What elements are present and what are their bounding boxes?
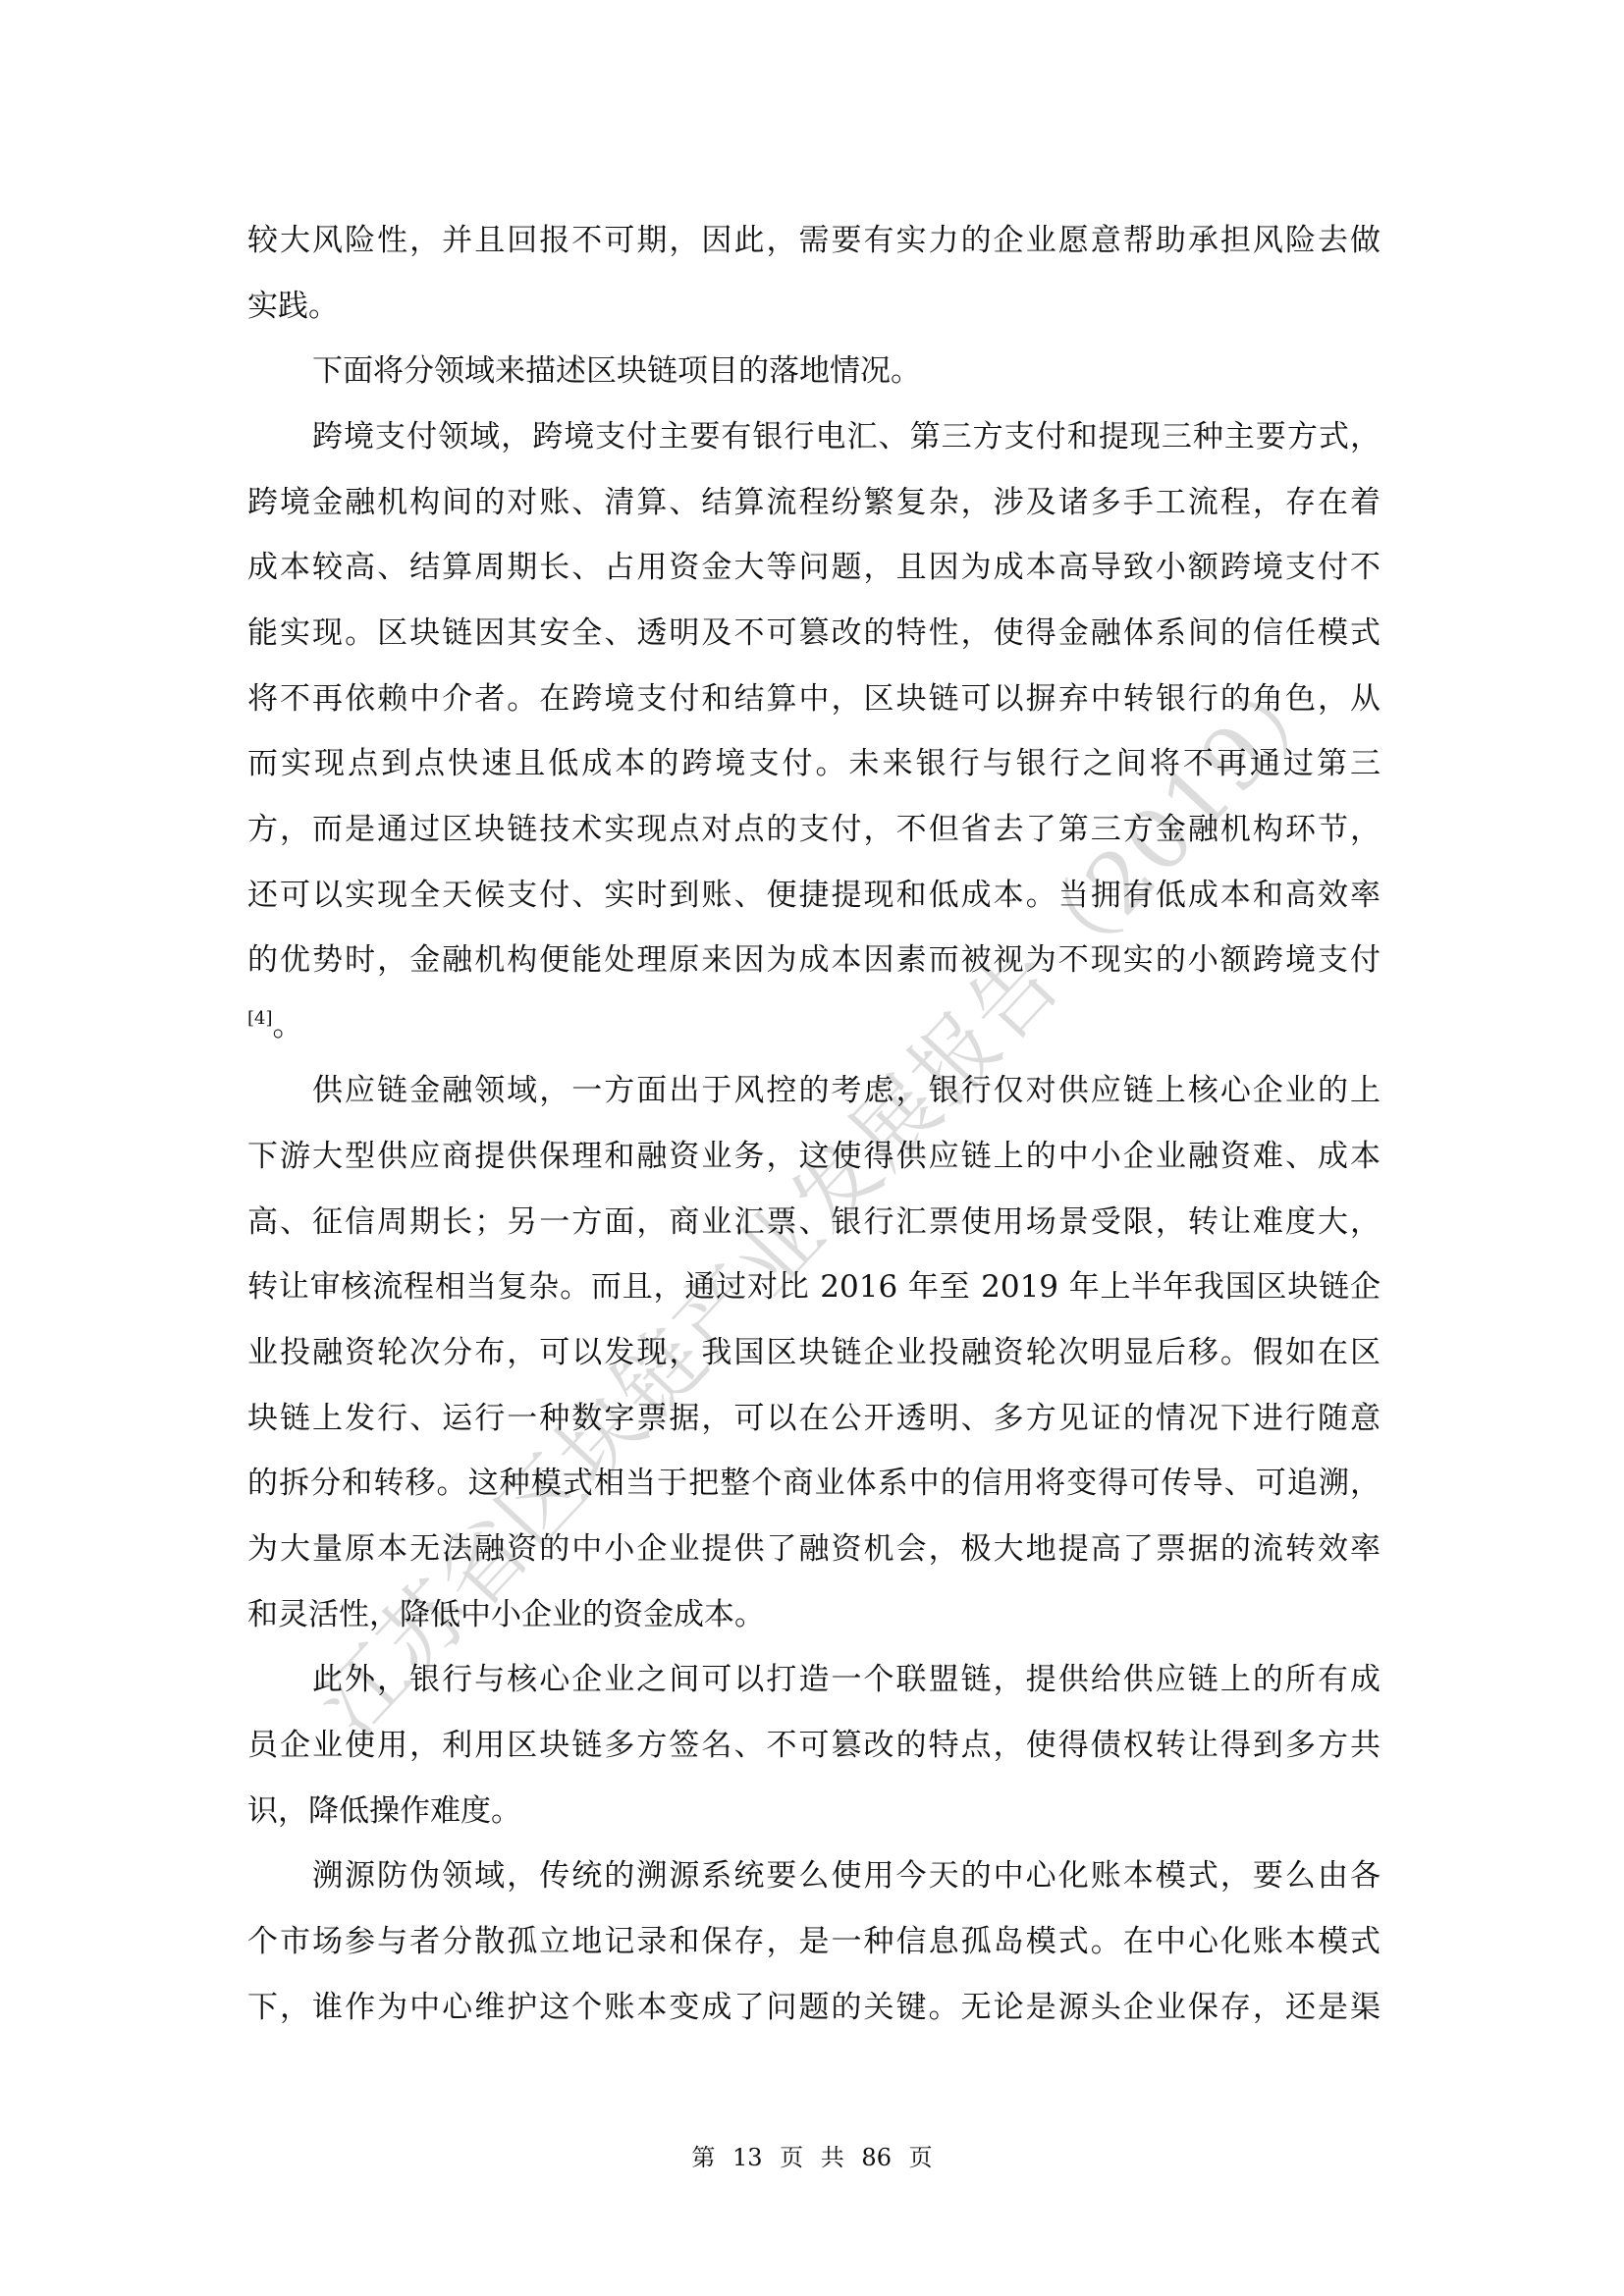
text-line: 个市场参与者分散孤立地记录和保存，是一种信息孤岛模式。在中心化账本模式 (247, 1922, 1380, 1961)
text-line: 方，而是通过区块链技术实现点对点的支付，不但省去了第三方金融机构环节， (247, 810, 1380, 849)
text-line: 块链上发行、运行一种数字票据，可以在公开透明、多方见证的情况下进行随意 (247, 1399, 1380, 1438)
text-line: 的优势时，金融机构便能处理原来因为成本因素而被视为不现实的小额跨境支付 (247, 940, 1380, 980)
page-number-footer: 第 13 页 共 86 页 (0, 2138, 1624, 2172)
text-line: 实践。 (247, 287, 1380, 326)
text-line: 和灵活性，降低中小企业的资金成本。 (247, 1595, 1380, 1634)
text-line: 下游大型供应商提供保理和融资业务，这使得供应链上的中小企业融资难、成本 (247, 1137, 1380, 1176)
body-text: 较大风险性，并且回报不可期，因此，需要有实力的企业愿意帮助承担风险去做 实践。 … (247, 0, 1380, 2296)
text-line: 下，谁作为中心维护这个账本变成了问题的关键。无论是源头企业保存，还是渠 (247, 1988, 1380, 2027)
text-line: 还可以实现全天候支付、实时到账、便捷提现和低成本。当拥有低成本和高效率 (247, 876, 1380, 915)
text-span: 。 (273, 1008, 303, 1043)
text-line: 而实现点到点快速且低成本的跨境支付。未来银行与银行之间将不再通过第三 (247, 744, 1380, 783)
text-line: 的拆分和转移。这种模式相当于把整个商业体系中的信用将变得可传导、可追溯， (247, 1464, 1380, 1503)
text-line: 将不再依赖中介者。在跨境支付和结算中，区块链可以摒弃中转银行的角色，从 (247, 679, 1380, 719)
citation-ref: [4] (247, 1008, 273, 1029)
text-line: 员企业使用，利用区块链多方签名、不可篡改的特点，使得债权转让得到多方共 (247, 1726, 1380, 1765)
citation-line: [4]。 (247, 1006, 1380, 1045)
text-line: 跨境支付领域，跨境支付主要有银行电汇、第三方支付和提现三种主要方式， (312, 417, 1380, 456)
text-line: 为大量原本无法融资的中小企业提供了融资机会，极大地提高了票据的流转效率 (247, 1529, 1380, 1569)
text-line: 跨境金融机构间的对账、清算、结算流程纷繁复杂，涉及诸多手工流程，存在着 (247, 483, 1380, 522)
text-line: 高、征信周期长；另一方面，商业汇票、银行汇票使用场景受限，转让难度大， (247, 1202, 1380, 1242)
text-line: 能实现。区块链因其安全、透明及不可篡改的特性，使得金融体系间的信任模式 (247, 614, 1380, 653)
text-line: 较大风险性，并且回报不可期，因此，需要有实力的企业愿意帮助承担风险去做 (247, 221, 1380, 260)
text-line: 成本较高、结算周期长、占用资金大等问题，且因为成本高导致小额跨境支付不 (247, 548, 1380, 587)
text-line: 溯源防伪领域，传统的溯源系统要么使用今天的中心化账本模式，要么由各 (312, 1856, 1380, 1896)
document-page: 江苏省区块链产业发展报告（2019） 较大风险性，并且回报不可期，因此，需要有实… (0, 0, 1624, 2296)
text-line: 业投融资轮次分布，可以发现，我国区块链企业投融资轮次明显后移。假如在区 (247, 1333, 1380, 1372)
text-line: 供应链金融领域，一方面出于风控的考虑，银行仅对供应链上核心企业的上 (312, 1071, 1380, 1110)
text-line: 此外，银行与核心企业之间可以打造一个联盟链，提供给供应链上的所有成 (312, 1660, 1380, 1699)
text-line: 识，降低操作难度。 (247, 1791, 1380, 1831)
text-line: 转让审核流程相当复杂。而且，通过对比 2016 年至 2019 年上半年我国区块… (247, 1267, 1380, 1307)
text-line: 下面将分领域来描述区块链项目的落地情况。 (312, 351, 1380, 391)
